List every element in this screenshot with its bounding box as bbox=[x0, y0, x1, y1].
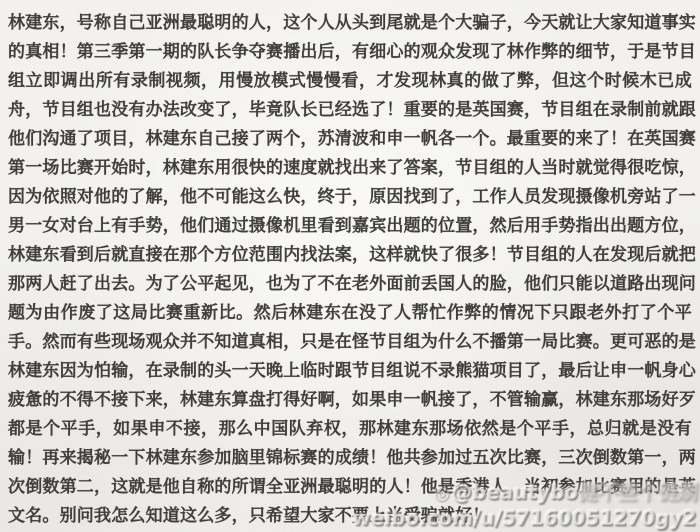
weibo-post-screenshot: 林建东，号称自己亚洲最聪明的人，这个人从头到尾就是个大骗子，今天就让大家知道事实… bbox=[0, 0, 700, 532]
text-line: 林建东，号称自己亚洲最聪明的人，这个人从头到尾就是个大骗子，今天就让大家知道事实 bbox=[8, 9, 692, 38]
text-line: 第一场比赛开始时，林建东用很快的速度就找出来了答案，节目组的人当时就觉得很吃惊， bbox=[8, 154, 692, 183]
text-line: 因为依照对他的了解，他不可能这么快，终于，原因找到了，工作人员发现摄像机旁站了一 bbox=[8, 183, 692, 212]
text-line: 那两人赶了出去。为了公平起见，也为了不在老外面前丢国人的脸，他们只能以道路出现问 bbox=[8, 270, 692, 299]
post-text-block: 林建东，号称自己亚洲最聪明的人，这个人从头到尾就是个大骗子，今天就让大家知道事实… bbox=[8, 9, 692, 531]
text-line: 的真相！第三季第一期的队长争夺赛播出后，有细心的观众发现了林作弊的细节，于是节目 bbox=[8, 38, 692, 67]
text-line: 林建东看到后就直接在那个方位范围内找法案，这样就快了很多！节目组的人在发现后就把 bbox=[8, 241, 692, 270]
text-line: 他们沟通了项目，林建东自己接了两个，苏清波和申一帆各一个。最重要的来了！在英国赛 bbox=[8, 125, 692, 154]
text-line: 舟，节目组也没有办法改变了，毕竟队长已经选了！重要的是英国赛，节目组在录制前就跟 bbox=[8, 96, 692, 125]
text-line: 林建东因为怕输，在录制的头一天晚上临时跟节目组说不录熊猫项目了，最后让申一帆身心 bbox=[8, 357, 692, 386]
text-line: 输！再来揭秘一下林建东参加脑里锦标赛的成绩！他共参加过五次比赛，三次倒数第一，两 bbox=[8, 444, 692, 473]
text-line: 都是个平手，如果申不接，那么中国队弃权，那林建东那场依然是个平手，总归就是没有 bbox=[8, 415, 692, 444]
text-line: 文名。别问我怎么知道这么多，只希望大家不要上当受骗就好！ bbox=[8, 502, 692, 531]
text-line: 组立即调出所有录制视频，用慢放模式慢慢看，才发现林真的做了弊，但这个时候木已成 bbox=[8, 67, 692, 96]
text-line: 手。然而有些现场观众并不知道真相，只是在怪节目组为什么不播第一局比赛。更可恶的是 bbox=[8, 328, 692, 357]
text-line: 疲惫的不得不接下来，林建东算盘打得好啊，如果申一帆接了，不管输赢，林建东那场好歹 bbox=[8, 386, 692, 415]
text-line: 次倒数第二，这就是他自称的所谓全亚洲最聪明的人！他是香港人，当初参加比赛用的是英 bbox=[8, 473, 692, 502]
text-line: 题为由作废了这局比赛重新比。然后林建东在没了人帮忙作弊的情况下只跟老外打了个平 bbox=[8, 299, 692, 328]
text-line: 男一女对台上有手势，他们通过摄像机里看到嘉宾出题的位置，然后用手势指出出题方位， bbox=[8, 212, 692, 241]
